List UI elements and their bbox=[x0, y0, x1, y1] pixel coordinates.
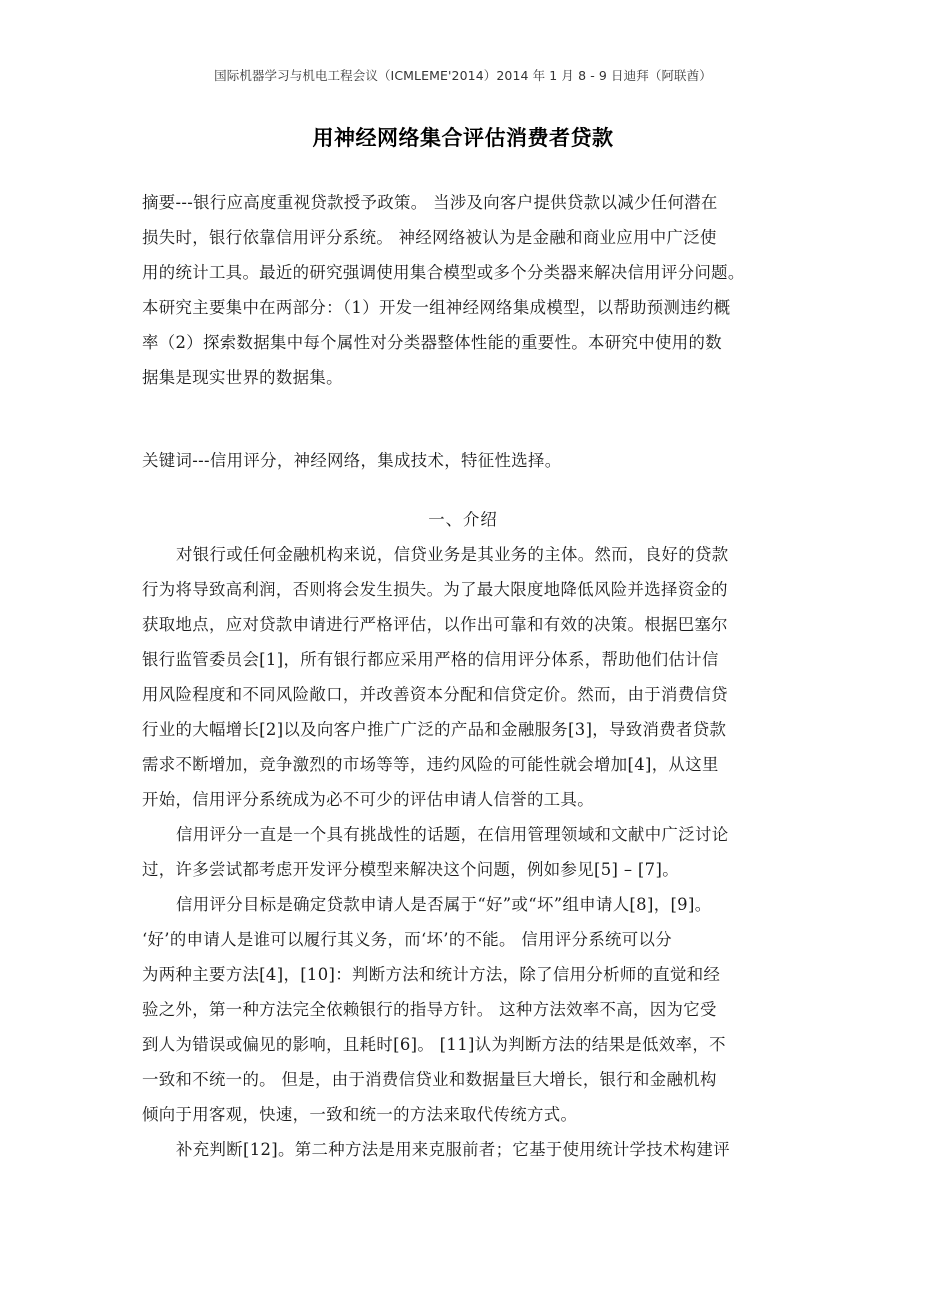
paragraph-line: 到人为错误或偏见的影响，且耗时[6]。 [11]认为判断方法的结果是低效率，不 bbox=[142, 1027, 792, 1062]
abstract: 摘要---银行应高度重视贷款授予政策。 当涉及向客户提供贷款以减少任何潜在 损失… bbox=[142, 185, 792, 395]
document-page: 国际机器学习与机电工程会议（ICMLEME'2014）2014 年 1 月 8 … bbox=[0, 0, 926, 1309]
introduction-body: 对银行或任何金融机构来说，信贷业务是其业务的主体。然而，良好的贷款 行为将导致高… bbox=[142, 537, 792, 1167]
paragraph-line: 需求不断增加，竞争激烈的市场等等，违约风险的可能性就会增加[4]，从这里 bbox=[142, 747, 792, 782]
paragraph-line: 补充判断[12]。第二种方法是用来克服前者；它基于使用统计学技术构建评 bbox=[142, 1132, 792, 1167]
paragraph-line: 行为将导致高利润，否则将会发生损失。为了最大限度地降低风险并选择资金的 bbox=[142, 572, 792, 607]
abstract-line: 用的统计工具。最近的研究强调使用集合模型或多个分类器来解决信用评分问题。 bbox=[142, 255, 792, 290]
running-header: 国际机器学习与机电工程会议（ICMLEME'2014）2014 年 1 月 8 … bbox=[0, 66, 926, 84]
abstract-line: 据集是现实世界的数据集。 bbox=[142, 360, 792, 395]
paragraph-line: 行业的大幅增长[2]以及向客户推广广泛的产品和金融服务[3]，导致消费者贷款 bbox=[142, 712, 792, 747]
paragraph-line: 获取地点，应对贷款申请进行严格评估，以作出可靠和有效的决策。根据巴塞尔 bbox=[142, 607, 792, 642]
paragraph-line: 一致和不统一的。 但是，由于消费信贷业和数据量巨大增长，银行和金融机构 bbox=[142, 1062, 792, 1097]
paragraph-line: 过，许多尝试都考虑开发评分模型来解决这个问题，例如参见[5] – [7]。 bbox=[142, 852, 792, 887]
keywords-line: 关键词---信用评分，神经网络，集成技术，特征性选择。 bbox=[142, 443, 792, 478]
paragraph-line: 倾向于用客观，快速，一致和统一的方法来取代传统方式。 bbox=[142, 1097, 792, 1132]
paragraph-line: 为两种主要方法[4]，[10]：判断方法和统计方法，除了信用分析师的直觉和经 bbox=[142, 957, 792, 992]
paragraph-line: 信用评分一直是一个具有挑战性的话题，在信用管理领域和文献中广泛讨论 bbox=[142, 817, 792, 852]
keywords: 关键词---信用评分，神经网络，集成技术，特征性选择。 bbox=[142, 443, 792, 478]
abstract-line: 本研究主要集中在两部分：（1）开发一组神经网络集成模型，以帮助预测违约概 bbox=[142, 290, 792, 325]
abstract-line: 摘要---银行应高度重视贷款授予政策。 当涉及向客户提供贷款以减少任何潜在 bbox=[142, 185, 792, 220]
paragraph-line: 对银行或任何金融机构来说，信贷业务是其业务的主体。然而，良好的贷款 bbox=[142, 537, 792, 572]
paragraph-line: ‘好’的申请人是谁可以履行其义务，而‘坏’的不能。 信用评分系统可以分 bbox=[142, 922, 792, 957]
section-heading-introduction: 一、介绍 bbox=[0, 508, 926, 532]
paragraph-line: 验之外，第一种方法完全依赖银行的指导方针。 这种方法效率不高，因为它受 bbox=[142, 992, 792, 1027]
paragraph-line: 开始，信用评分系统成为必不可少的评估申请人信誉的工具。 bbox=[142, 782, 792, 817]
paragraph-line: 银行监管委员会[1]，所有银行都应采用严格的信用评分体系，帮助他们估计信 bbox=[142, 642, 792, 677]
abstract-line: 率（2）探索数据集中每个属性对分类器整体性能的重要性。本研究中使用的数 bbox=[142, 325, 792, 360]
paper-title: 用神经网络集合评估消费者贷款 bbox=[0, 122, 926, 152]
paragraph-line: 用风险程度和不同风险敞口，并改善资本分配和信贷定价。然而，由于消费信贷 bbox=[142, 677, 792, 712]
abstract-line: 损失时，银行依靠信用评分系统。 神经网络被认为是金融和商业应用中广泛使 bbox=[142, 220, 792, 255]
paragraph-line: 信用评分目标是确定贷款申请人是否属于“好”或“坏”组申请人[8]，[9]。 bbox=[142, 887, 792, 922]
